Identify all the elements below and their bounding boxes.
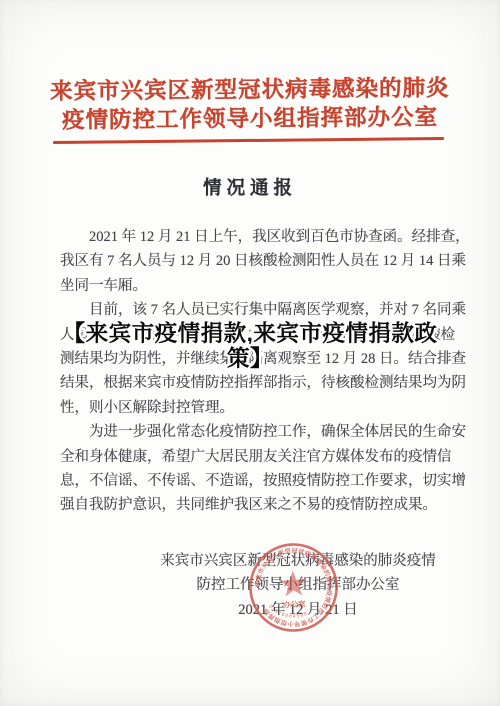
paragraph: 为进一步强化常态化疫情防控工作，确保全体居民的生命安全和身体健康，希望广大居民朋… xyxy=(60,420,448,518)
body-text-line: 我区有 7 名人员与 12 月 20 日核酸检测阳性人员在 12 月 14 日乘 xyxy=(60,249,448,273)
body-text-line: 强自我防护意识，共同维护我区来之不易的疫情防控成果。 xyxy=(60,493,448,517)
letterhead-line: 疫情防控工作领导小组指挥部办公室 xyxy=(0,102,500,135)
seal-star-icon xyxy=(279,570,307,597)
paragraph: 2021 年 12 月 21 日上午，我区收到百色市协查函。经排查，我区有 7 … xyxy=(60,225,448,298)
body-text-line: 2021 年 12 月 21 日上午，我区收到百色市协查函。经排查， xyxy=(60,225,448,249)
body-text-line: 性，则小区解除封控管理。 xyxy=(60,396,448,420)
body-text-line: 息，不信谣、不传谣、不造谣，按照疫情防控工作要求，切实增 xyxy=(60,469,448,493)
document-body: 2021 年 12 月 21 日上午，我区收到百色市协查函。经排查，我区有 7 … xyxy=(60,225,448,518)
letterhead-line: 来宾市兴宾区新型冠状病毒感染的肺炎 xyxy=(0,74,500,107)
overlay-line: 【来宾市疫情捐款,来宾市疫情捐款政 xyxy=(0,322,500,347)
document-photo: 来宾市兴宾区新型冠状病毒感染的肺炎疫情防控工作领导小组指挥部办公室 情况通报 2… xyxy=(0,0,500,706)
body-text-line: 为进一步强化常态化疫情防控工作，确保全体居民的生命安 xyxy=(60,420,448,444)
document-title: 情况通报 xyxy=(0,174,500,200)
overlay-line: 策】 xyxy=(0,347,500,372)
official-seal-icon: 来宾市兴宾区新型冠状病毒感染的肺炎疫情防控工作领导小组指挥部 办公室 13020… xyxy=(245,539,343,637)
body-text-line: 结果，根据来宾市疫情防控指挥部指示，待核酸检测结果均为阴 xyxy=(60,371,448,395)
body-text-line: 目前，该 7 名人员已实行集中隔离医学观察，并对 7 名同乘 xyxy=(60,298,448,322)
body-text-line: 全和身体健康，希望广大居民朋友关注官方媒体发布的疫情信 xyxy=(60,445,448,469)
seo-overlay-caption: 【来宾市疫情捐款,来宾市疫情捐款政策】 xyxy=(0,322,500,371)
letterhead-org-name: 来宾市兴宾区新型冠状病毒感染的肺炎疫情防控工作领导小组指挥部办公室 xyxy=(0,74,500,135)
letterhead-divider xyxy=(53,137,444,144)
body-text-line: 坐同一车厢。 xyxy=(60,274,448,298)
seal-center-label: 办公室 xyxy=(283,598,306,609)
